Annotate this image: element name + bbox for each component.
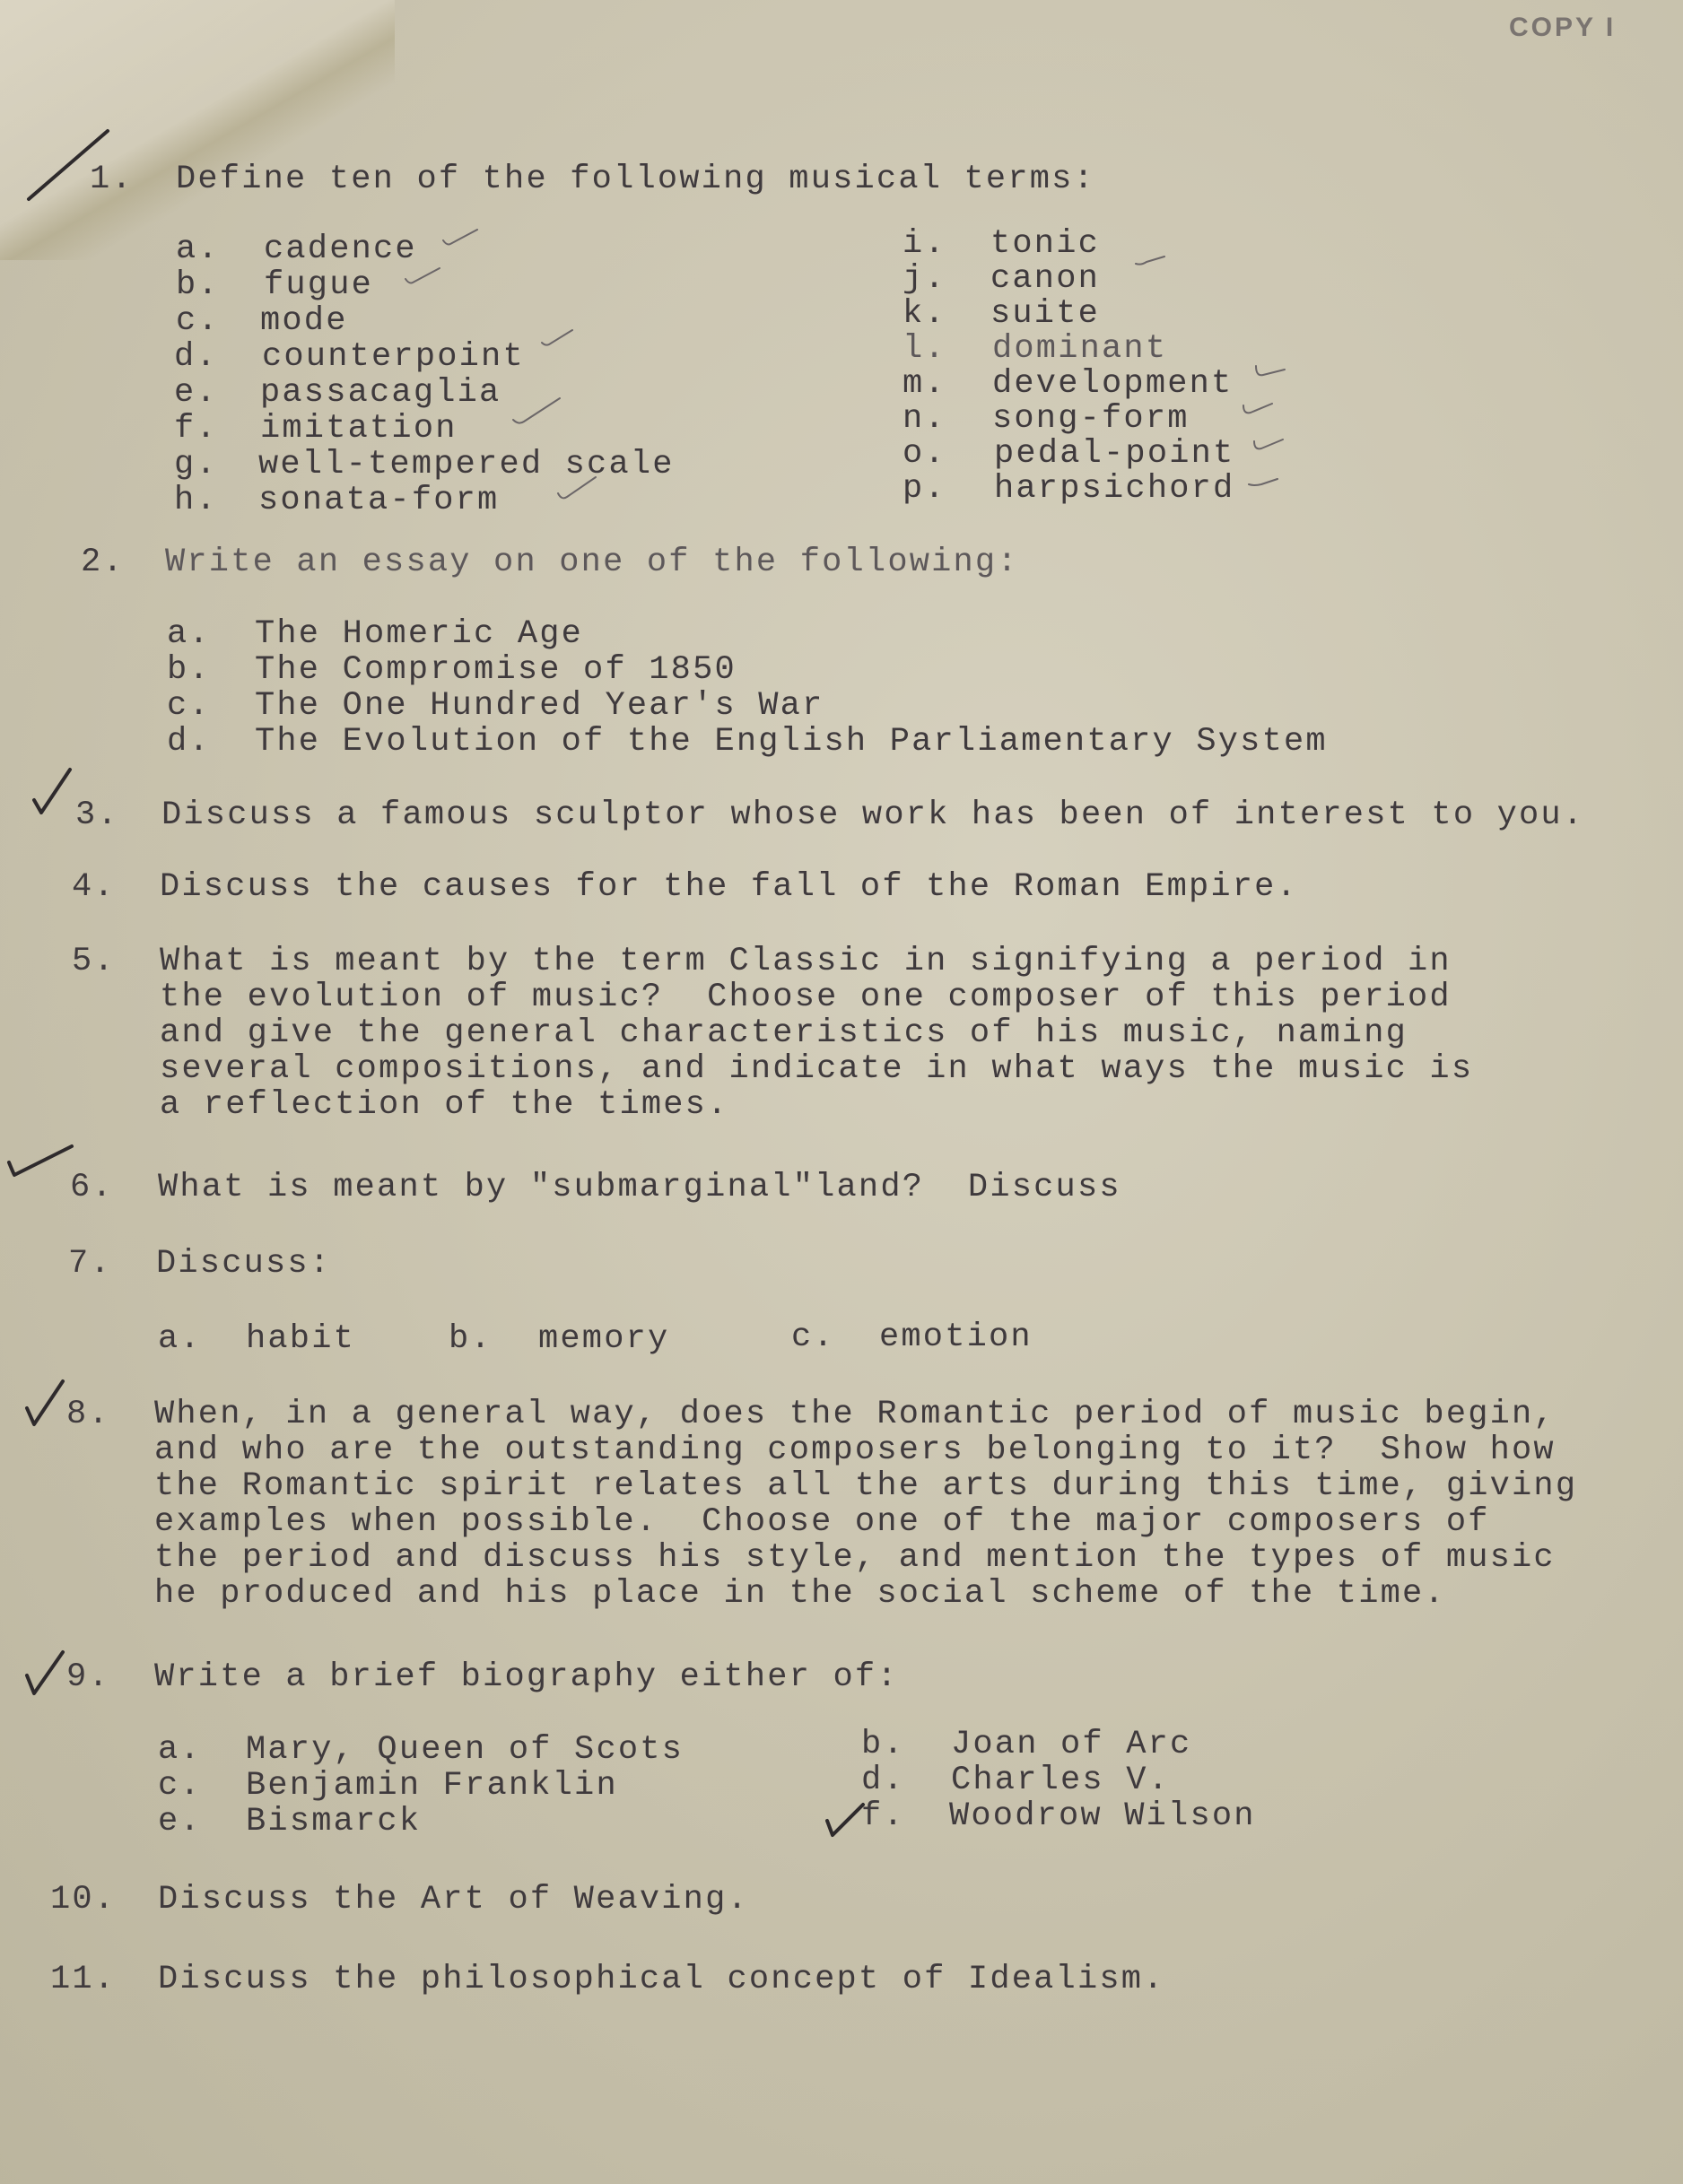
question-6-number: 6. <box>70 1170 114 1205</box>
term-canon: canon <box>990 261 1100 297</box>
essay-option-english-parliament: The Evolution of the English Parliamenta… <box>255 724 1328 760</box>
term-cadence: cadence <box>264 231 417 267</box>
discuss-letter: a. <box>158 1321 202 1357</box>
essay-letter: b. <box>167 652 211 688</box>
discuss-habit: habit <box>246 1321 355 1357</box>
question-5-line: several compositions, and indicate in wh… <box>160 1051 1473 1087</box>
term-song-form: song-form <box>992 401 1190 437</box>
discuss-emotion: emotion <box>879 1319 1033 1355</box>
term-letter: n. <box>903 401 946 437</box>
question-2-number: 2. <box>81 544 125 580</box>
term-letter: d. <box>174 339 218 375</box>
discuss-letter: b. <box>449 1321 493 1357</box>
biography-letter: b. <box>861 1727 905 1762</box>
essay-option-hundred-years-war: The One Hundred Year's War <box>255 688 824 724</box>
term-well-tempered-scale: well-tempered scale <box>258 447 675 483</box>
essay-letter: d. <box>167 724 211 760</box>
term-imitation: imitation <box>260 411 458 447</box>
question-8-number: 8. <box>66 1397 110 1432</box>
term-harpsichord: harpsichord <box>994 471 1234 507</box>
term-pedal-point: pedal-point <box>994 436 1234 472</box>
term-letter: p. <box>903 471 946 507</box>
term-sonata-form: sonata-form <box>258 483 499 518</box>
biography-benjamin-franklin: Benjamin Franklin <box>246 1768 618 1804</box>
question-8-line: the period and discuss his style, and me… <box>154 1540 1556 1576</box>
term-counterpoint: counterpoint <box>262 339 525 375</box>
term-letter: e. <box>174 375 218 411</box>
term-passacaglia: passacaglia <box>260 375 501 411</box>
essay-option-homeric-age: The Homeric Age <box>255 616 583 652</box>
question-8-line: the Romantic spirit relates all the arts… <box>154 1468 1577 1504</box>
question-4-text: Discuss the causes for the fall of the R… <box>160 869 1298 905</box>
question-7-number: 7. <box>68 1246 112 1282</box>
term-letter: l. <box>903 331 946 367</box>
essay-letter: c. <box>167 688 211 724</box>
term-letter: i. <box>903 226 946 262</box>
question-8-line: he produced and his place in the social … <box>154 1576 1446 1612</box>
question-5-number: 5. <box>72 944 116 979</box>
term-letter: o. <box>903 436 946 472</box>
question-3-text: Discuss a famous sculptor whose work has… <box>161 797 1584 833</box>
question-10-text: Discuss the Art of Weaving. <box>158 1882 749 1918</box>
biography-charles-v: Charles V. <box>951 1762 1170 1798</box>
term-letter: k. <box>903 296 946 332</box>
question-5-line: a reflection of the times. <box>160 1087 729 1123</box>
term-tonic: tonic <box>990 226 1100 262</box>
term-letter: h. <box>174 483 218 518</box>
term-development: development <box>992 366 1233 402</box>
term-dominant: dominant <box>992 331 1167 367</box>
question-9-text: Write a brief biography either of: <box>154 1659 899 1695</box>
question-9-number: 9. <box>66 1659 110 1695</box>
term-suite: suite <box>990 296 1100 332</box>
term-letter: c. <box>176 303 220 339</box>
biography-joan-of-arc: Joan of Arc <box>951 1727 1191 1762</box>
question-11-number: 11. <box>50 1962 116 1997</box>
question-8-line: examples when possible. Choose one of th… <box>154 1504 1490 1540</box>
copy-stamp: COPY I <box>1509 13 1616 43</box>
question-8-line: and who are the outstanding composers be… <box>154 1432 1556 1468</box>
essay-letter: a. <box>167 616 211 652</box>
question-5-line: the evolution of music? Choose one compo… <box>160 979 1452 1015</box>
question-1-text: Define ten of the following musical term… <box>176 161 1095 197</box>
term-letter: f. <box>174 411 218 447</box>
term-letter: a. <box>176 231 220 267</box>
question-2-text: Write an essay on one of the following: <box>165 544 1019 580</box>
biography-bismarck: Bismarck <box>246 1804 421 1840</box>
biography-woodrow-wilson: Woodrow Wilson <box>949 1798 1256 1834</box>
term-letter: m. <box>903 366 946 402</box>
essay-option-compromise-1850: The Compromise of 1850 <box>255 652 737 688</box>
term-letter: b. <box>176 267 220 303</box>
question-3-number: 3. <box>75 797 119 833</box>
biography-letter: e. <box>158 1804 202 1840</box>
biography-letter: f. <box>861 1798 905 1834</box>
biography-mary-queen-of-scots: Mary, Queen of Scots <box>246 1732 684 1768</box>
question-7-text: Discuss: <box>156 1246 331 1282</box>
question-6-text: What is meant by "submarginal"land? Disc… <box>158 1170 1121 1205</box>
discuss-memory: memory <box>538 1321 669 1357</box>
question-1-number: 1. <box>90 161 134 197</box>
question-5-line: and give the general characteristics of … <box>160 1015 1408 1051</box>
term-letter: g. <box>174 447 218 483</box>
biography-letter: d. <box>861 1762 905 1798</box>
biography-letter: a. <box>158 1732 202 1768</box>
question-8-line: When, in a general way, does the Romanti… <box>154 1397 1556 1432</box>
discuss-letter: c. <box>791 1319 835 1355</box>
biography-letter: c. <box>158 1768 202 1804</box>
question-4-number: 4. <box>72 869 116 905</box>
question-11-text: Discuss the philosophical concept of Ide… <box>158 1962 1165 1997</box>
question-5-line: What is meant by the term Classic in sig… <box>160 944 1452 979</box>
question-10-number: 10. <box>50 1882 116 1918</box>
term-fugue: fugue <box>264 267 373 303</box>
term-letter: j. <box>903 261 946 297</box>
term-mode: mode <box>260 303 348 339</box>
